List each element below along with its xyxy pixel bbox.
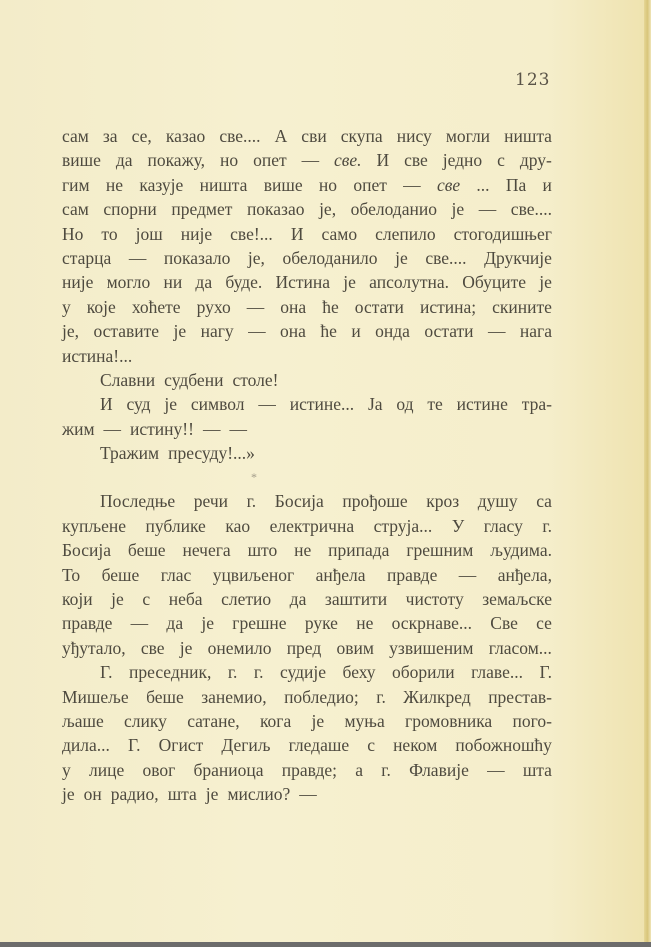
book-page: 123 самзасе,казаосве....Асвискупанисумог… xyxy=(0,0,644,942)
page-edge xyxy=(644,0,651,947)
text-line: Тобешегласуцвиљеноганђелаправде—анђела, xyxy=(62,563,552,587)
body-text: самзасе,казаосве....Асвискупанисумоглини… xyxy=(100,124,552,807)
section-separator: * xyxy=(28,465,480,489)
text-line: вишедапокажу,ноопет—све.Исвеједносдру- xyxy=(62,148,552,172)
page-number: 123 xyxy=(515,70,550,90)
text-line: старца—показалоје,обелоданилојесве....Др… xyxy=(62,246,552,270)
text-line: улицеовогбраниоцаправде;аг.Флавије—шта xyxy=(62,758,552,782)
text-line: Нотојошнијесве!...Исамослепилостогодишње… xyxy=(62,222,552,246)
text-line: правде—дајегрешнерукенеоскрнаве...Свесе xyxy=(62,611,552,635)
text-line: јеонрадио,штајемислио?— xyxy=(62,782,552,806)
text-line: истина!... xyxy=(62,344,552,368)
text-line: Г.преседник,г.г.судијебехуоборилиглаве..… xyxy=(100,660,552,684)
text-line: је,оставитејенагу—онаћеиондаостати—нага xyxy=(62,319,552,343)
text-line: самзасе,казаосве....Асвискупанисумоглини… xyxy=(62,124,552,148)
text-line: купљенепубликекаоелектричнаструја...Угла… xyxy=(62,514,552,538)
text-line: дила...Г.ОгистДегиљгледашеснекомпобожнош… xyxy=(62,733,552,757)
text-line: самспорнипредметпоказаоје,обелоданиоје—с… xyxy=(62,197,552,221)
text-line: Последњеречиг.Босијапрођошекроздушуса xyxy=(100,489,552,513)
text-line: укојехоћетерухо—онаћеостатиистина;скинит… xyxy=(62,295,552,319)
text-line: нијемоглонидабуде.Истинајеапсолутна.Обуц… xyxy=(62,270,552,294)
text-line: Исудјесимвол—истине...Јаодтеистинетра- xyxy=(100,392,552,416)
text-line: Босијабешенечегаштонеприпадагрешнимљудим… xyxy=(62,538,552,562)
text-line: уђутало,свејеонемилопредовимузвишенимгла… xyxy=(62,636,552,660)
scan-border xyxy=(0,942,651,947)
text-line: Тражимпресуду!...» xyxy=(100,441,552,465)
text-line: којијеснебаслетиодазаштитичистотуземаљск… xyxy=(62,587,552,611)
text-line: љашесликусатане,когајемуњагромовникапого… xyxy=(62,709,552,733)
text-line: Славнисудбенистоле! xyxy=(100,368,552,392)
text-line: Мишељебешезанемио,побледио;г.Жилкредпрес… xyxy=(62,685,552,709)
text-line: жим—истину!!—— xyxy=(62,417,552,441)
text-line: гимнеказујеништавишеноопет—све...Паи xyxy=(62,173,552,197)
